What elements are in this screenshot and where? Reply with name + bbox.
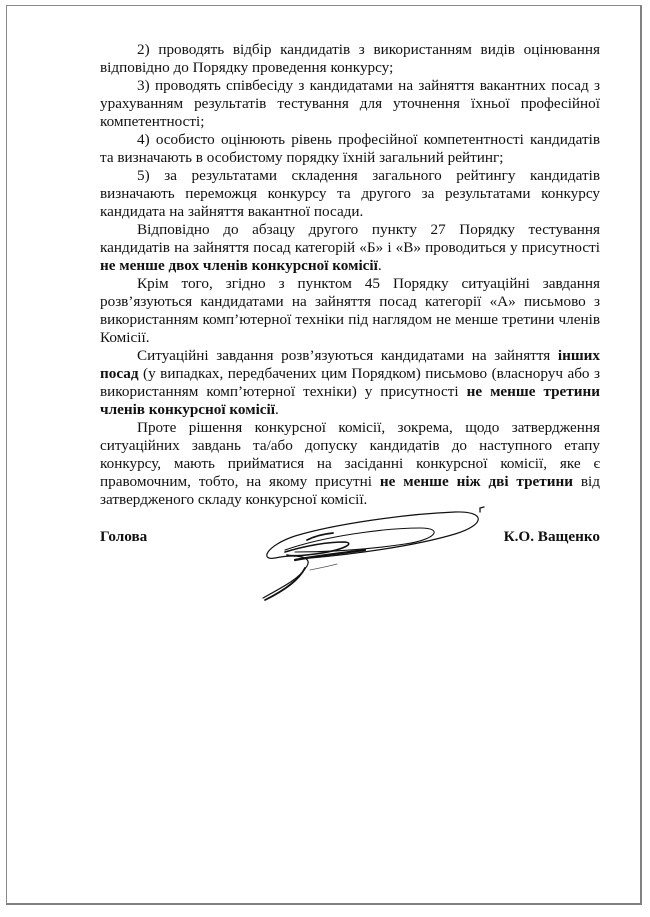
paragraph-situational-tasks-other: Ситуаційні завдання розв’язуються кандид… [100, 347, 600, 419]
handwritten-signature-icon [255, 506, 495, 606]
paragraph-item-5: 5) за результатами складення загального … [100, 167, 600, 221]
paragraph-text: 4) особисто оцінюють рівень професійної … [100, 131, 600, 166]
paragraph-item-4: 4) особисто оцінюють рівень професійної … [100, 131, 600, 167]
paragraph-text: 3) проводять співбесіду з кандидатами на… [100, 77, 600, 130]
paragraph-text: . [378, 257, 382, 274]
paragraph-testing-presence: Відповідно до абзацу другого пункту 27 П… [100, 221, 600, 275]
paragraph-item-2: 2) проводять відбір кандидатів з викорис… [100, 41, 600, 77]
signatory-role: Голова [100, 528, 147, 546]
paragraph-text: 5) за результатами складення загального … [100, 167, 600, 220]
paragraph-text: Відповідно до абзацу другого пункту 27 П… [100, 221, 600, 256]
signature-block: Голова К.О. Ващенко [100, 520, 600, 610]
paragraph-item-3: 3) проводять співбесіду з кандидатами на… [100, 77, 600, 131]
signatory-name: К.О. Ващенко [504, 528, 600, 546]
emphasized-text: не менше двох членів конкурсної комісії [100, 257, 378, 274]
emphasized-text: не менше ніж дві третини [380, 473, 573, 490]
paragraph-text: Ситуаційні завдання розв’язуються кандид… [137, 347, 558, 364]
document-body: 2) проводять відбір кандидатів з викорис… [100, 41, 600, 509]
paragraph-commission-decisions: Проте рішення конкурсної комісії, зокрем… [100, 419, 600, 509]
paragraph-text: . [275, 401, 279, 418]
paragraph-text: Крім того, згідно з пунктом 45 Порядку с… [100, 275, 600, 346]
paragraph-text: 2) проводять відбір кандидатів з викорис… [100, 41, 600, 76]
paragraph-situational-tasks-category-a: Крім того, згідно з пунктом 45 Порядку с… [100, 275, 600, 347]
